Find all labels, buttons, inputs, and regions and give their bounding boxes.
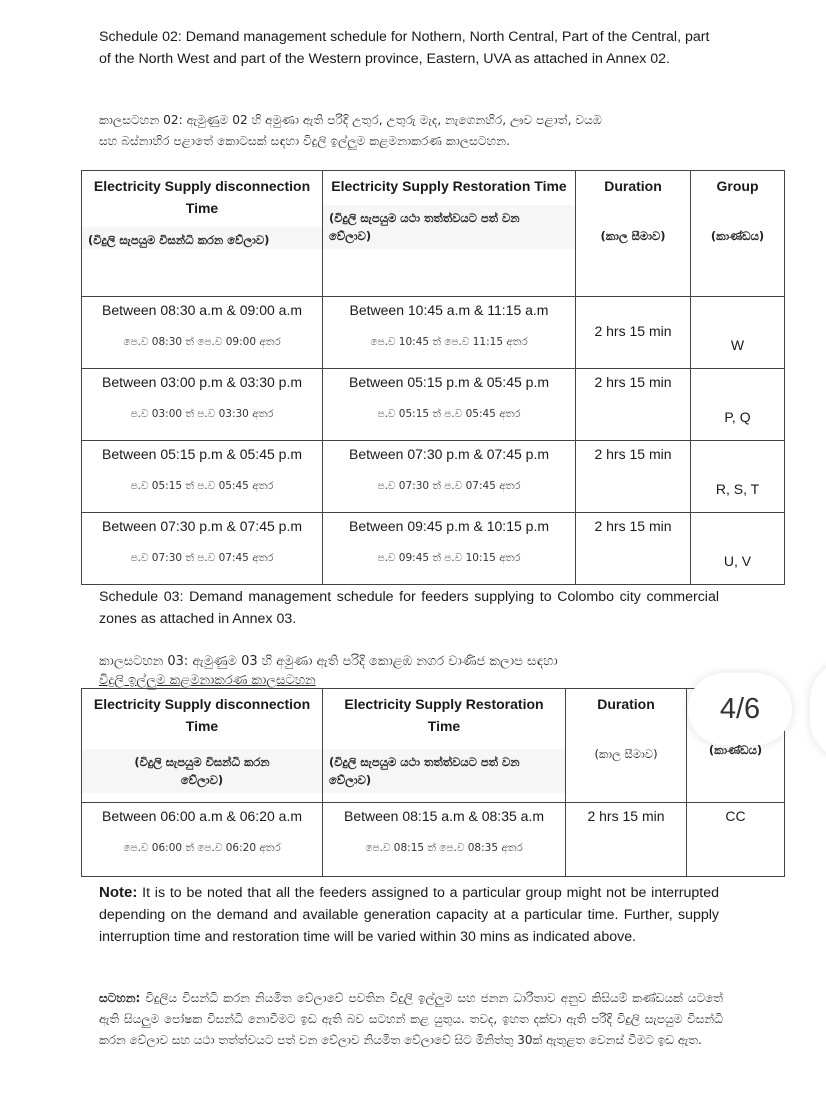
restore-time-si: ප.ව 09:45 ත් ප.ව 10:15 අතර — [323, 552, 575, 565]
disconnect-time-si: පෙ.ව 06:00 ත් පෙ.ව 06:20 අතර — [82, 842, 322, 855]
group-value: W — [691, 297, 784, 355]
table-row: Between 03:00 p.m & 03:30 p.mප.ව 03:00 ත… — [82, 369, 785, 441]
header-duration-en: Duration — [566, 689, 686, 715]
header-group-si: (කාණ්ඩය) — [691, 227, 784, 245]
header-disconnect-si: (විදුලි සැපයුම විසන්ධි කරන වේලාව) — [82, 749, 322, 793]
header-disconnect-si: (විදුලි සැපයුම විසන්ධි කරන වේලාව) — [82, 227, 322, 249]
scroll-handle[interactable] — [810, 660, 826, 760]
group-value: R, S, T — [691, 441, 784, 499]
restore-time-si: පෙ.ව 08:15 ත් පෙ.ව 08:35 අතර — [323, 842, 565, 855]
header-restore-si: (විදුලි සැපයුම යථා තත්ත්වයට පත් වන වේලාව… — [323, 749, 565, 793]
cell-group: CC — [687, 803, 785, 877]
disconnect-time-si: ප.ව 07:30 ත් ප.ව 07:45 අතර — [82, 552, 322, 565]
note-paragraph: Note: It is to be noted that all the fee… — [99, 882, 719, 948]
table-row: Between 08:30 a.m & 09:00 a.mපෙ.ව 08:30 … — [82, 297, 785, 369]
header-duration-en: Duration — [576, 171, 690, 197]
schedule-02-table: Electricity Supply disconnection Time (ව… — [81, 170, 785, 585]
schedule-02-title-sinhala: කාලසටහන 02: ඇමුණුම 02 හි අමුණා ඇති පරිදි… — [99, 110, 723, 152]
table-header-row: Electricity Supply disconnection Time (ව… — [82, 689, 785, 803]
schedule-03-title: Schedule 03: Demand management schedule … — [99, 586, 719, 630]
duration-value: 2 hrs 15 min — [576, 297, 690, 341]
header-restore-en: Electricity Supply Restoration Time — [323, 689, 565, 737]
disconnect-time: Between 05:15 p.m & 05:45 p.m — [82, 441, 322, 464]
header-restore-en: Electricity Supply Restoration Time — [323, 171, 575, 197]
note-text-sinhala: විදුලිය විසන්ධි කරන නියමිත වේලාවේ පවතින … — [99, 991, 723, 1047]
schedule-03-title-sinhala-line1: කාලසටහන 03: ඇමුණුම 03 හි අමුණා ඇති පරිදි… — [99, 651, 723, 672]
restore-time: Between 10:45 a.m & 11:15 a.m — [323, 297, 575, 320]
note-label: Note: — [99, 884, 137, 901]
header-restore-si: (විදුලි සැපයුම යථා තත්ත්වයට පත් වන වේලාව… — [323, 205, 575, 249]
group-value: U, V — [691, 513, 784, 571]
disconnect-time: Between 06:00 a.m & 06:20 a.m — [82, 803, 322, 826]
header-disconnect: Electricity Supply disconnection Time (ව… — [82, 689, 323, 803]
cell-restore: Between 05:15 p.m & 05:45 p.mප.ව 05:15 ත… — [323, 369, 576, 441]
restore-time: Between 08:15 a.m & 08:35 a.m — [323, 803, 565, 826]
cell-restore: Between 08:15 a.m & 08:35 a.mපෙ.ව 08:15 … — [323, 803, 566, 877]
group-value: CC — [687, 803, 784, 826]
schedule-03-table: Electricity Supply disconnection Time (ව… — [81, 688, 785, 877]
header-restore: Electricity Supply Restoration Time (විද… — [323, 171, 576, 297]
header-restore: Electricity Supply Restoration Time (විද… — [323, 689, 566, 803]
cell-restore: Between 10:45 a.m & 11:15 a.mපෙ.ව 10:45 … — [323, 297, 576, 369]
header-duration: Duration (කාල සීමාව) — [566, 689, 687, 803]
cell-duration: 2 hrs 15 min — [576, 513, 691, 585]
page-indicator: 4/6 — [688, 673, 792, 745]
header-disconnect-en: Electricity Supply disconnection Time — [82, 689, 322, 737]
disconnect-time-si: ප.ව 03:00 ත් ප.ව 03:30 අතර — [82, 408, 322, 421]
cell-group: P, Q — [691, 369, 785, 441]
cell-duration: 2 hrs 15 min — [566, 803, 687, 877]
restore-time-si: ප.ව 05:15 ත් ප.ව 05:45 අතර — [323, 408, 575, 421]
cell-disconnect: Between 08:30 a.m & 09:00 a.mපෙ.ව 08:30 … — [82, 297, 323, 369]
disconnect-time-si: පෙ.ව 08:30 ත් පෙ.ව 09:00 අතර — [82, 336, 322, 349]
header-duration: Duration (කාල සීමාව) — [576, 171, 691, 297]
disconnect-time-si: ප.ව 05:15 ත් ප.ව 05:45 අතර — [82, 480, 322, 493]
cell-restore: Between 09:45 p.m & 10:15 p.mප.ව 09:45 ත… — [323, 513, 576, 585]
duration-value: 2 hrs 15 min — [576, 513, 690, 536]
cell-group: R, S, T — [691, 441, 785, 513]
schedule-02-title-sinhala-line1: කාලසටහන 02: ඇමුණුම 02 හි අමුණා ඇති පරිදි… — [99, 110, 723, 131]
restore-time: Between 05:15 p.m & 05:45 p.m — [323, 369, 575, 392]
schedule-03-title-sinhala: කාලසටහන 03: ඇමුණුම 03 හි අමුණා ඇති පරිදි… — [99, 651, 723, 689]
note-paragraph-sinhala: සටහන: විදුලිය විසන්ධි කරන නියමිත වේලාවේ … — [99, 988, 723, 1051]
restore-time: Between 07:30 p.m & 07:45 p.m — [323, 441, 575, 464]
note-text: It is to be noted that all the feeders a… — [99, 885, 719, 945]
header-disconnect-en: Electricity Supply disconnection Time — [82, 171, 322, 219]
duration-value: 2 hrs 15 min — [576, 441, 690, 464]
disconnect-time: Between 03:00 p.m & 03:30 p.m — [82, 369, 322, 392]
table-header-row: Electricity Supply disconnection Time (ව… — [82, 171, 785, 297]
duration-value: 2 hrs 15 min — [576, 369, 690, 392]
cell-group: U, V — [691, 513, 785, 585]
header-duration-si: (කාල සීමාව) — [566, 745, 686, 763]
cell-disconnect: Between 03:00 p.m & 03:30 p.mප.ව 03:00 ත… — [82, 369, 323, 441]
schedule-03-title-sinhala-line2: විදුලි ඉල්ලුම කළමනාකරණ කාලසටහන — [99, 672, 723, 689]
table-row: Between 06:00 a.m & 06:20 a.mපෙ.ව 06:00 … — [82, 803, 785, 877]
header-disconnect: Electricity Supply disconnection Time (ව… — [82, 171, 323, 297]
disconnect-time: Between 07:30 p.m & 07:45 p.m — [82, 513, 322, 536]
restore-time-si: ප.ව 07:30 ත් ප.ව 07:45 අතර — [323, 480, 575, 493]
cell-disconnect: Between 06:00 a.m & 06:20 a.mපෙ.ව 06:00 … — [82, 803, 323, 877]
cell-duration: 2 hrs 15 min — [576, 297, 691, 369]
cell-restore: Between 07:30 p.m & 07:45 p.mප.ව 07:30 ත… — [323, 441, 576, 513]
schedule-02-title: Schedule 02: Demand management schedule … — [99, 26, 719, 70]
group-value: P, Q — [691, 369, 784, 427]
table-row: Between 07:30 p.m & 07:45 p.mප.ව 07:30 ත… — [82, 513, 785, 585]
disconnect-time: Between 08:30 a.m & 09:00 a.m — [82, 297, 322, 320]
cell-disconnect: Between 05:15 p.m & 05:45 p.mප.ව 05:15 ත… — [82, 441, 323, 513]
restore-time: Between 09:45 p.m & 10:15 p.m — [323, 513, 575, 536]
cell-disconnect: Between 07:30 p.m & 07:45 p.mප.ව 07:30 ත… — [82, 513, 323, 585]
cell-duration: 2 hrs 15 min — [576, 369, 691, 441]
table-row: Between 05:15 p.m & 05:45 p.mප.ව 05:15 ත… — [82, 441, 785, 513]
schedule-02-title-sinhala-line2: සහ බස්නාහිර පළාතේ කොටසක් සඳහා විදුලි ඉල්… — [99, 131, 723, 152]
header-group-en: Group — [691, 171, 784, 197]
cell-group: W — [691, 297, 785, 369]
duration-value: 2 hrs 15 min — [566, 803, 686, 826]
header-duration-si: (කාල සීමාව) — [576, 227, 690, 245]
cell-duration: 2 hrs 15 min — [576, 441, 691, 513]
restore-time-si: පෙ.ව 10:45 ත් පෙ.ව 11:15 අතර — [323, 336, 575, 349]
header-group: Group (කාණ්ඩය) — [691, 171, 785, 297]
note-label-sinhala: සටහන: — [99, 991, 140, 1005]
